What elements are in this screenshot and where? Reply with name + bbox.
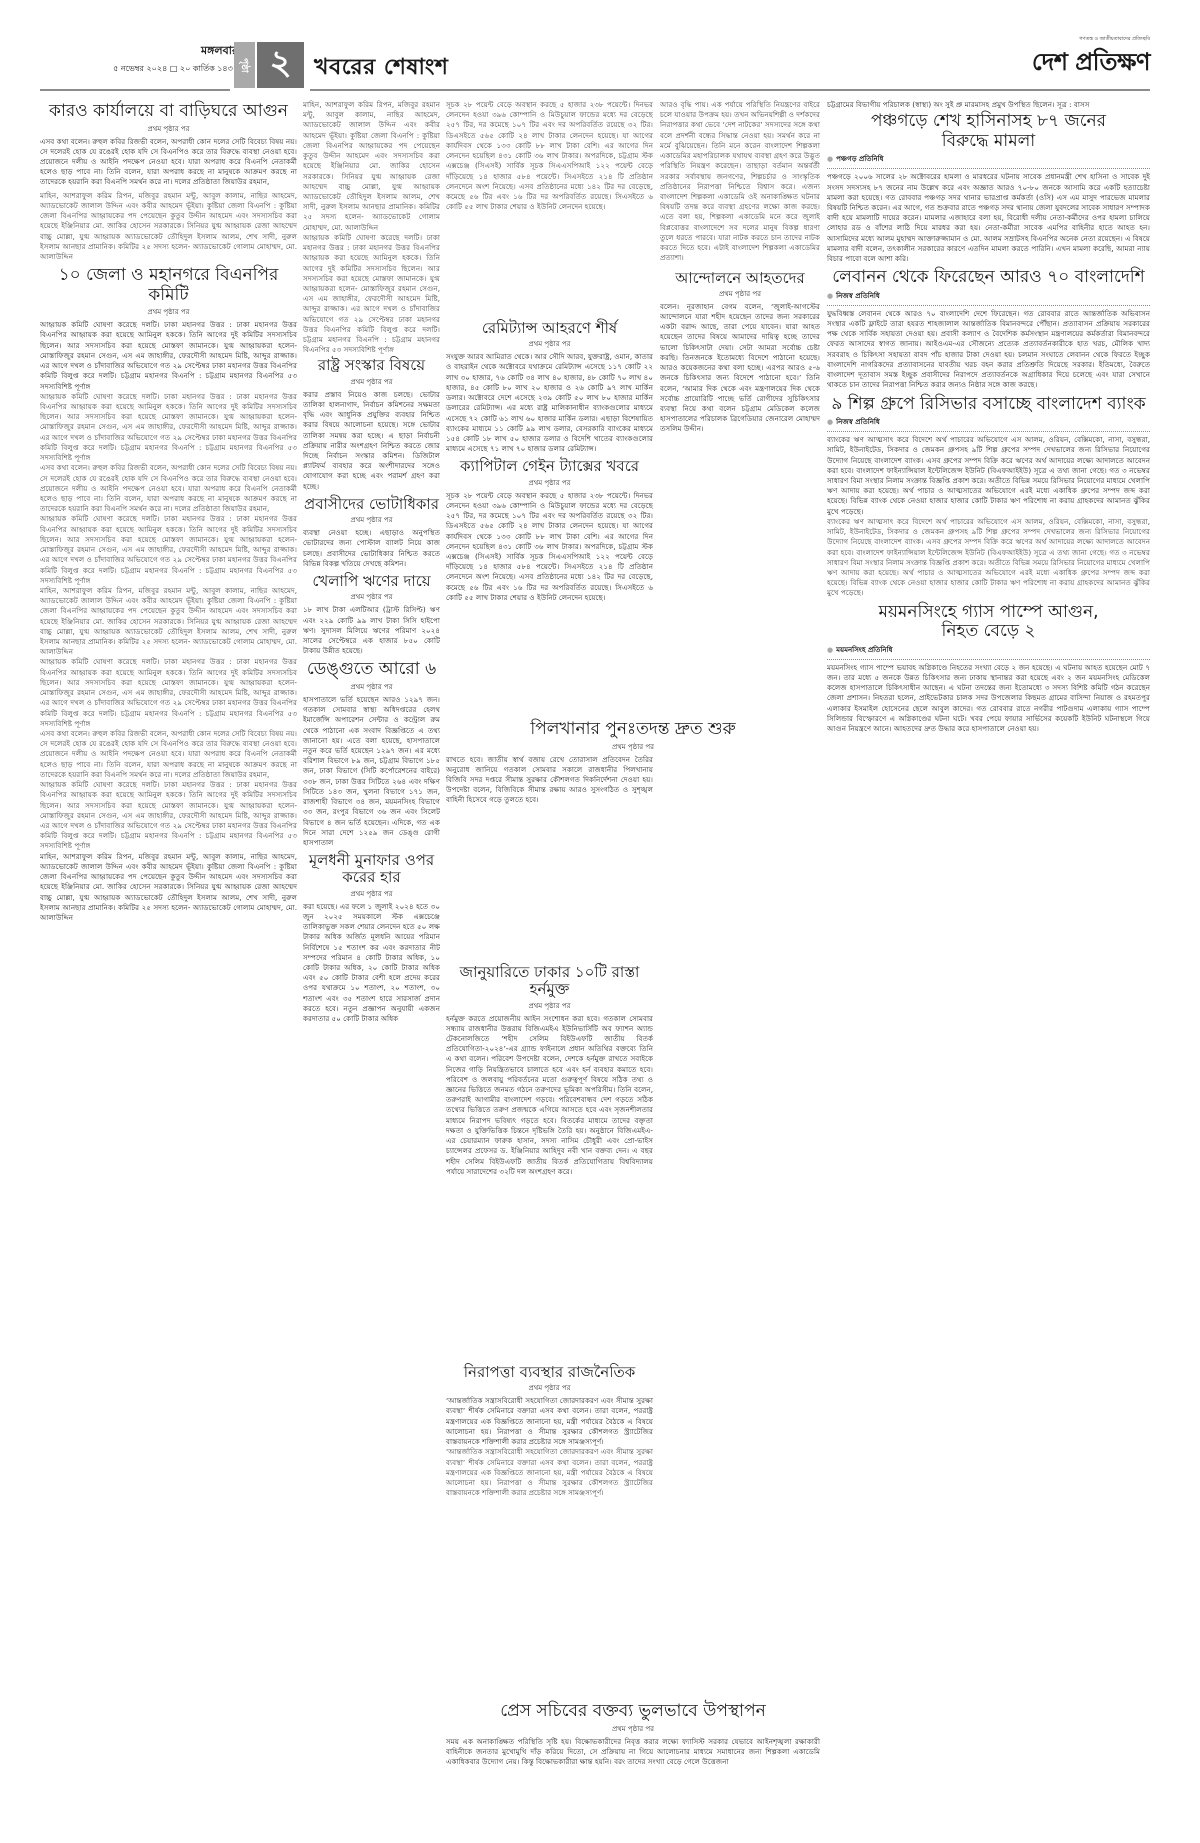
page-number: ২ xyxy=(257,42,304,88)
column-e: চট্টগ্রামের বিভাগীয় পরিচালক (স্বাস্থ্য)… xyxy=(827,100,1150,1808)
headline: প্রেস সচিবের বক্তব্য ভুলভাবে উপস্থাপন xyxy=(446,1702,820,1722)
article-movement-injured: আন্দোলনে আহতদের প্রথম পৃষ্ঠার পর বলেন। ন… xyxy=(660,270,820,435)
stock-market-lead: সূচক ২৮ পয়েন্ট বেড়ে অবস্থান করছে ৫ হাজ… xyxy=(446,100,653,212)
article-body: রাখতে হবে। জাতীয় স্বার্থ বজায় রেখে তোর… xyxy=(446,755,653,806)
article-committee: ১০ জেলা ও মহানগরে বিএনপির কমিটি প্রথম পৃ… xyxy=(40,266,297,923)
article-body-continued: আহ্বায়ক কমিটি ঘোষণা করেছে দলটি। ঢাকা মহ… xyxy=(40,514,297,586)
continued-label: প্রথম পৃষ্ঠার পর xyxy=(660,288,820,300)
continued-label: প্রথম পৃষ্ঠার পর xyxy=(303,514,440,526)
continued-label: প্রথম পৃষ্ঠার পর xyxy=(40,306,297,318)
headline: ৯ শিল্প গ্রুপে রিসিভার বসাচ্ছে বাংলাদেশ … xyxy=(827,395,1150,415)
article-mymensingh: ময়মনসিংহে গ্যাস পাম্পে আগুন, নিহত বেড়ে… xyxy=(827,603,1150,735)
logo-tagline: গণতন্ত্র ও জাতীয়তাবাদের প্রতিচ্ছবি xyxy=(1032,36,1150,44)
article-body: সূচক ২৮ পয়েন্ট বেড়ে অবস্থান করছে ৫ হাজ… xyxy=(446,491,653,603)
column-d: আরও বৃদ্ধি পায়। এক পর্যায়ে পরিস্থিতি ন… xyxy=(660,100,820,1808)
masthead-divider-left xyxy=(40,89,230,91)
wide-block-security: নিরাপত্তা ব্যবস্থার রাজনৈতিক প্রথম পৃষ্ঠ… xyxy=(446,1362,653,1502)
article-body: হর্নমুক্ত করতে প্রয়োজনীয় আইন সংশোধন কর… xyxy=(446,1014,653,1178)
article-body: সময় এক অনাকাঙ্ক্ষিত পরিস্থিতি সৃষ্টি হয… xyxy=(446,1737,820,1768)
headline: খেলাপি ঋণের দায়ে xyxy=(303,573,440,590)
continued-label: প্রথম পৃষ্ঠার পর xyxy=(446,477,653,489)
article-body-continued: মাহিন, আশরাফুল করিম রিপন, মজিবুর রহমান ম… xyxy=(40,191,297,263)
article-capital-gain-tax-rate: মূলধনী মুনাফার ওপর করের হার প্রথম পৃষ্ঠা… xyxy=(303,852,440,1024)
article-body-continued: মাহিন, আশরাফুল করিম রিপন, মজিবুর রহমান ম… xyxy=(40,586,297,658)
article-body-continued: এসব কথা বলেন। রুহুল কবির রিজভী বলেন, অপর… xyxy=(40,729,297,780)
shilpakala-article-body: আরও বৃদ্ধি পায়। এক পর্যায়ে পরিস্থিতি ন… xyxy=(660,100,820,264)
issue-date-block: মঙ্গলবার ৫ নভেম্বর ২০২৪ □ ২০ কার্তিক ১৪৩… xyxy=(113,42,238,76)
headline: প্রবাসীদের ভোটাধিকার xyxy=(303,496,440,513)
headline: কারও কার্যালয়ে বা বাড়িঘরে আগুন xyxy=(40,102,297,122)
article-body-continued: আহ্বায়ক কমিটি ঘোষণা করেছে দলটি। ঢাকা মহ… xyxy=(40,780,297,852)
headline: আন্দোলনে আহতদের xyxy=(660,270,820,287)
article-ending: মাহিন, আশরাফুল করিম রিপন, মজিবুর রহমান ম… xyxy=(40,852,297,924)
article-body: বলেন। নূরজাহান বেগম বলেন, ‘জুলাই-আগস্টের… xyxy=(660,302,820,435)
article-body: যুদ্ধবিধ্বস্ত লেবানন থেকে আরও ৭০ বাংলাদে… xyxy=(827,309,1150,391)
article-body-continued: আহ্বায়ক কমিটি ঘোষণা করেছে দলটি। ঢাকা মহ… xyxy=(40,392,297,464)
page-masthead: মঙ্গলবার ৫ নভেম্বর ২০২৪ □ ২০ কার্তিক ১৪৩… xyxy=(40,42,1150,72)
article-horn-free: জানুয়ারিতে ঢাকার ১০টি রাস্তা হর্নমুক্ত … xyxy=(446,964,653,1177)
continued-label: প্রথম পৃষ্ঠার পর xyxy=(446,1723,820,1735)
continued-label: প্রথম পৃষ্ঠার পর xyxy=(40,123,297,135)
article-body: ‘আন্তর্জাতিক সন্ত্রাসবিরোধী সহযোগিতা জোর… xyxy=(446,1396,653,1447)
headline: নিরাপত্তা ব্যবস্থার রাজনৈতিক xyxy=(446,1364,653,1381)
article-body: ব্যবস্থা নেওয়া হচ্ছে। এছাড়াও অনুপস্থিত… xyxy=(303,528,440,569)
previous-article-ending: চট্টগ্রামের বিভাগীয় পরিচালক (স্বাস্থ্য)… xyxy=(827,100,1150,110)
byline: নিজস্ব প্রতিনিধি xyxy=(827,290,1150,306)
continued-label: প্রথম পৃষ্ঠার পর xyxy=(446,1000,653,1012)
headline: ময়মনসিংহে গ্যাস পাম্পে আগুন, নিহত বেড়ে… xyxy=(827,603,1150,642)
section-title: খবরের শেষাংশ xyxy=(314,50,448,87)
headline: লেবানন থেকে ফিরেছেন আরও ৭০ বাংলাদেশি xyxy=(827,268,1150,288)
article-body: করা হয়েছে। এর ফলে ১ জুলাই ২০২৪ হতে ৩০ জ… xyxy=(303,902,440,1025)
issue-day: মঙ্গলবার xyxy=(113,42,238,61)
article-body: করার প্রস্তাব নিয়েও কাজ চলছে। ভোটার তাল… xyxy=(303,390,440,492)
headline: ক্যাপিটাল গেইন ট্যাক্সের খবরে xyxy=(446,458,653,475)
byline: পঞ্চগড় প্রতিনিধি xyxy=(827,153,1150,169)
column-a: কারও কার্যালয়ে বা বাড়িঘরে আগুন প্রথম প… xyxy=(40,100,297,1808)
continued-label: প্রথম পৃষ্ঠার পর xyxy=(446,741,820,753)
article-fire: কারও কার্যালয়ে বা বাড়িঘরে আগুন প্রথম প… xyxy=(40,102,297,262)
article-body-continued: ‘আন্তর্জাতিক সন্ত্রাসবিরোধী সহযোগিতা জোর… xyxy=(446,1447,653,1498)
article-body: এসব কথা বলেন। রুহুল কবির রিজভী বলেন, অপর… xyxy=(40,137,297,188)
wide-block-remittance: রেমিট্যান্স আহরণে শীর্ষ প্রথম পৃষ্ঠার পর… xyxy=(446,318,653,607)
page-label: পৃষ্ঠা xyxy=(234,42,255,88)
headline: পিলখানার পুনঃতদন্ত দ্রুত শুরু xyxy=(446,720,820,740)
article-body: হাসপাতালে ভর্তি হয়েছেন আরও ১২৯৭ জন। গতক… xyxy=(303,695,440,848)
wide-block-press-secretary: প্রেস সচিবের বক্তব্য ভুলভাবে উপস্থাপন প্… xyxy=(446,1700,820,1771)
article-body: ১৮ লাখ টাকা এলটিআর (ট্রাস্ট রিসিপ্ট) ঋণ … xyxy=(303,605,440,656)
wide-block-pilkhana: পিলখানার পুনঃতদন্ত দ্রুত শুরু প্রথম পৃষ্… xyxy=(446,718,820,810)
article-body-continued: ব্যাংকের ঋণ আত্মসাৎ করে বিদেশে অর্থ পাচা… xyxy=(827,517,1150,599)
article-body: আহ্বায়ক কমিটি ঘোষণা করেছে দলটি। ঢাকা মহ… xyxy=(40,320,297,392)
article-body: ময়মনসিংহ গ্যাস পাম্পে ভয়াবহ অগ্নিকাণ্ড… xyxy=(827,663,1150,735)
headline: পঞ্চগড়ে শেখ হাসিনাসহ ৮৭ জনের বিরুদ্ধে ম… xyxy=(827,112,1150,151)
byline: নিজস্ব প্রতিনিধি xyxy=(827,416,1150,432)
continued-label: প্রথম পৃষ্ঠার পর xyxy=(446,338,653,350)
continued-label: প্রথম পৃষ্ঠার পর xyxy=(303,376,440,388)
masthead-divider-right xyxy=(310,89,1150,91)
article-body: ব্যাংকের ঋণ আত্মসাৎ করে বিদেশে অর্থ পাচা… xyxy=(827,435,1150,517)
headline: ডেঙ্গুতে আরো ৬ xyxy=(303,660,440,680)
article-body-continued: আহ্বায়ক কমিটি ঘোষণা করেছে দলটি। ঢাকা মহ… xyxy=(40,657,297,729)
article-panchagarh: পঞ্চগড়ে শেখ হাসিনাসহ ৮৭ জনের বিরুদ্ধে ম… xyxy=(827,112,1150,264)
article-lebanon: লেবানন থেকে ফিরেছেন আরও ৭০ বাংলাদেশি নিজ… xyxy=(827,268,1150,390)
article-receiver: ৯ শিল্প গ্রুপে রিসিভার বসাচ্ছে বাংলাদেশ … xyxy=(827,395,1150,599)
wide-block-horn-free: জানুয়ারিতে ঢাকার ১০টি রাস্তা হর্নমুক্ত … xyxy=(446,962,653,1181)
logo-name: দেশ প্রতিক্ষণ xyxy=(1032,44,1150,84)
article-body-continued: এসব কথা বলেন। রুহুল কবির রিজভী বলেন, অপর… xyxy=(40,463,297,514)
headline: জানুয়ারিতে ঢাকার ১০টি রাস্তা হর্নমুক্ত xyxy=(446,964,653,999)
continued-label: প্রথম পৃষ্ঠার পর xyxy=(303,888,440,900)
article-remittance: রেমিট্যান্স আহরণে শীর্ষ প্রথম পৃষ্ঠার পর… xyxy=(446,320,653,454)
article-press-secretary: প্রেস সচিবের বক্তব্য ভুলভাবে উপস্থাপন প্… xyxy=(446,1702,820,1767)
headline: রেমিট্যান্স আহরণে শীর্ষ xyxy=(446,320,653,337)
headline: ১০ জেলা ও মহানগরে বিএনপির কমিটি xyxy=(40,266,297,305)
continued-label: প্রথম পৃষ্ঠার পর xyxy=(446,1382,653,1394)
committee-continued: আহ্বায়ক কমিটি ঘোষণা করেছে দলটি। ঢাকা মহ… xyxy=(303,233,440,356)
committee-continued: মাহিন, আশরাফুল করিম রিপন, মজিবুর রহমান ম… xyxy=(303,100,440,233)
continued-label: প্রথম পৃষ্ঠার পর xyxy=(303,591,440,603)
continued-label: প্রথম পৃষ্ঠার পর xyxy=(303,681,440,693)
article-pilkhana: পিলখানার পুনঃতদন্ত দ্রুত শুরু প্রথম পৃষ্… xyxy=(446,720,820,806)
article-capital-gain-market: ক্যাপিটাল গেইন ট্যাক্সের খবরে প্রথম পৃষ্… xyxy=(446,458,653,603)
article-dengue: ডেঙ্গুতে আরো ৬ প্রথম পৃষ্ঠার পর হাসপাতাল… xyxy=(303,660,440,848)
issue-date: ৫ নভেম্বর ২০২৪ □ ২০ কার্তিক ১৪৩১ xyxy=(113,63,238,76)
headline: রাষ্ট্র সংস্কার বিষয়ে xyxy=(303,357,440,374)
article-state-reform: রাষ্ট্র সংস্কার বিষয়ে প্রথম পৃষ্ঠার পর … xyxy=(303,357,440,491)
article-default-loans: খেলাপি ঋণের দায়ে প্রথম পৃষ্ঠার পর ১৮ লা… xyxy=(303,573,440,656)
byline: ময়মনসিংহ প্রতিনিধি xyxy=(827,644,1150,660)
article-body: সংযুক্ত আরব আমিরাত থেকে। আর সৌদি আরব, যু… xyxy=(446,352,653,454)
column-b: মাহিন, আশরাফুল করিম রিপন, মজিবুর রহমান ম… xyxy=(303,100,440,1808)
article-security-politics: নিরাপত্তা ব্যবস্থার রাজনৈতিক প্রথম পৃষ্ঠ… xyxy=(446,1364,653,1498)
article-expat-vote: প্রবাসীদের ভোটাধিকার প্রথম পৃষ্ঠার পর ব্… xyxy=(303,496,440,569)
newspaper-logo: গণতন্ত্র ও জাতীয়তাবাদের প্রতিচ্ছবি দেশ … xyxy=(1032,36,1150,84)
article-body: পঞ্চগড়ে ২০০৬ সালের ২৮ অক্টোবরের হামলা ও… xyxy=(827,172,1150,264)
headline: মূলধনী মুনাফার ওপর করের হার xyxy=(303,852,440,887)
